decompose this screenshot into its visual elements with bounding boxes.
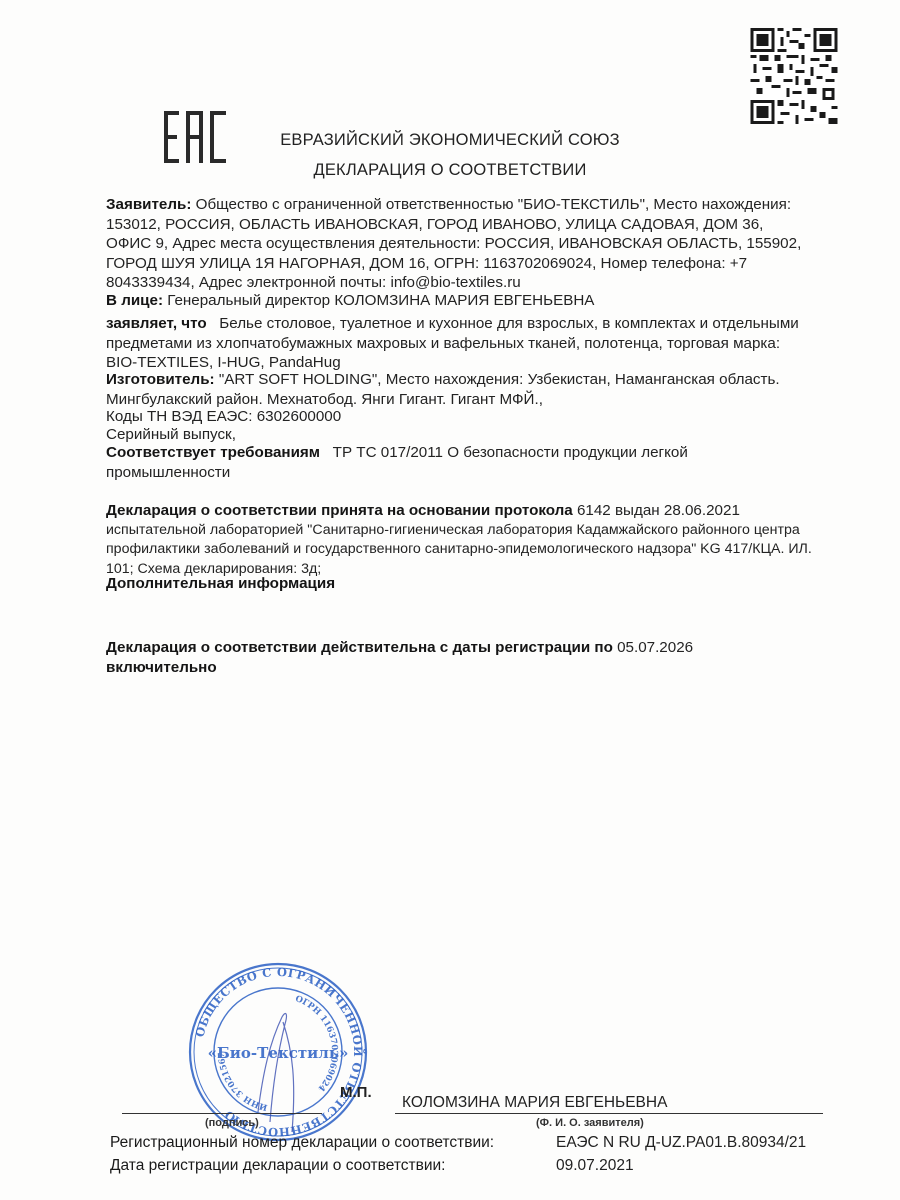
- manufacturer-text: "ART SOFT HOLDING", Место нахождения: Уз…: [215, 371, 780, 388]
- declares-section: заявляет, что Белье столовое, туалетное …: [106, 314, 826, 373]
- applicant-text: 153012, РОССИЯ, ОБЛАСТЬ ИВАНОВСКАЯ, ГОРО…: [106, 215, 826, 235]
- manufacturer-label: Изготовитель:: [106, 371, 215, 388]
- lab-text: испытательной лабораторией "Санитарно-ги…: [106, 521, 826, 541]
- qr-code-icon: [750, 28, 838, 124]
- name-caption: (Ф. И. О. заявителя): [536, 1117, 644, 1129]
- union-title: ЕВРАЗИЙСКИЙ ЭКОНОМИЧЕСКИЙ СОЮЗ: [0, 131, 900, 150]
- validity-inclusive: включительно: [106, 659, 217, 676]
- lab-text: профилактики заболеваний и государственн…: [106, 540, 826, 560]
- validity-label: Декларация о соответствии действительна …: [106, 639, 613, 656]
- product-text: Белье столовое, туалетное и кухонное для…: [207, 315, 799, 332]
- applicant-full-name: КОЛОМЗИНА МАРИЯ ЕВГЕНЬЕВНА: [402, 1094, 667, 1112]
- basis-section: Декларация о соответствии принята на осн…: [106, 501, 826, 579]
- serial-release: Серийный выпуск,: [106, 425, 826, 445]
- person-label: В лице:: [106, 292, 163, 309]
- applicant-label: Заявитель:: [106, 196, 191, 213]
- validity-date: 05.07.2026: [613, 639, 693, 656]
- document-title: ДЕКЛАРАЦИЯ О СООТВЕТСТВИИ: [0, 161, 900, 180]
- declares-label: заявляет, что: [106, 315, 207, 332]
- registration-date-label: Дата регистрации декларации о соответств…: [110, 1157, 445, 1175]
- registration-number-label: Регистрационный номер декларации о соотв…: [110, 1134, 494, 1152]
- protocol-text: 6142 выдан 28.06.2021: [573, 502, 740, 519]
- applicant-section: Заявитель: Общество с ограниченной ответ…: [106, 195, 826, 293]
- registration-number-value: ЕАЭС N RU Д-UZ.PA01.В.80934/21: [556, 1134, 806, 1152]
- regulation-text: промышленности: [106, 463, 826, 483]
- seal-place-label: М.П.: [340, 1084, 372, 1101]
- conforms-label: Соответствует требованиям: [106, 444, 320, 461]
- applicant-text: 8043339434, Адрес электронной почты: inf…: [106, 273, 826, 293]
- applicant-text: ОФИС 9, Адрес места осуществления деятел…: [106, 234, 826, 254]
- additional-info-heading: Дополнительная информация: [106, 574, 826, 594]
- person-section: В лице: Генеральный директор КОЛОМЗИНА М…: [106, 291, 826, 311]
- name-line: [395, 1113, 823, 1114]
- validity-section: Декларация о соответствии действительна …: [106, 638, 826, 677]
- basis-label: Декларация о соответствии принята на осн…: [106, 502, 573, 519]
- company-stamp: ОБЩЕСТВО С ОГРАНИЧЕННОЙ ОТВЕТСТВЕННОСТЬЮ…: [188, 962, 368, 1142]
- registration-date-value: 09.07.2021: [556, 1157, 634, 1175]
- manufacturer-section: Изготовитель: "ART SOFT HOLDING", Место …: [106, 370, 826, 409]
- person-value: Генеральный директор КОЛОМЗИНА МАРИЯ ЕВГ…: [163, 292, 594, 309]
- regulation-text: ТР ТС 017/2011 О безопасности продукции …: [320, 444, 688, 461]
- conforms-section: Соответствует требованиям ТР ТС 017/2011…: [106, 443, 826, 482]
- hs-codes: Коды ТН ВЭД ЕАЭС: 6302600000: [106, 407, 826, 427]
- applicant-text: Общество с ограниченной ответственностью…: [191, 196, 791, 213]
- signature-caption: (подпись): [205, 1117, 259, 1129]
- applicant-text: ГОРОД ШУЯ УЛИЦА 1Я НАГОРНАЯ, ДОМ 16, ОГР…: [106, 254, 826, 274]
- signature-line: [122, 1113, 322, 1114]
- product-text: предметами из хлопчатобумажных махровых …: [106, 334, 826, 354]
